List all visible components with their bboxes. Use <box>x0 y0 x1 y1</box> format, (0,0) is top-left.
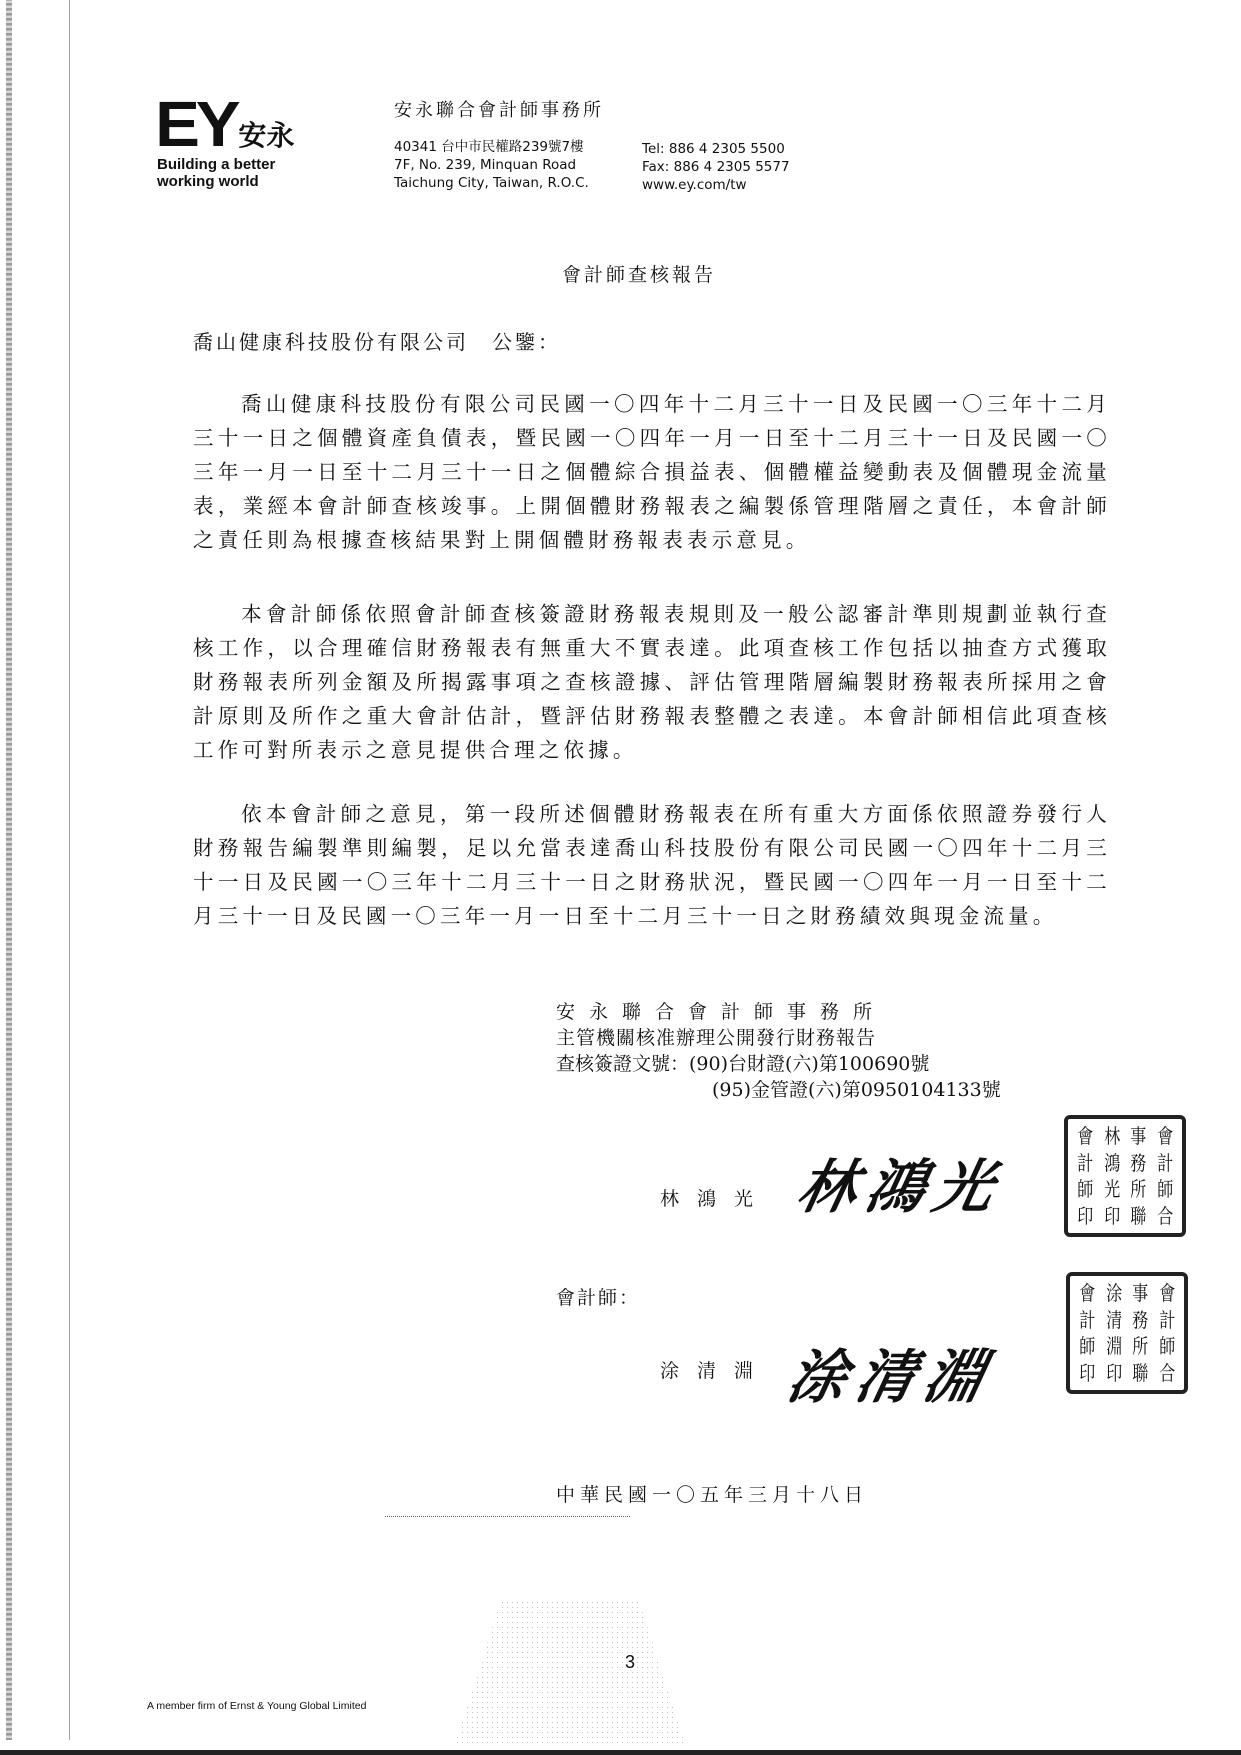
logo-tagline: Building a better working world <box>157 156 294 190</box>
address-line: 7F, No. 239, Minquan Road <box>394 156 589 174</box>
handwritten-signature-1: 林鴻光 <box>791 1140 1013 1224</box>
report-date: 中華民國一〇五年三月十八日 <box>556 1480 868 1507</box>
handwritten-signature-2: 涂清淵 <box>781 1330 1003 1414</box>
reference-number: (90)台財證(六)第100690號 <box>689 1051 929 1077</box>
phone-number: Tel: 886 4 2305 5500 <box>642 140 790 158</box>
reference-row: (95)金管證(六)第0950104133號 <box>556 1077 1001 1103</box>
website-link[interactable]: www.ey.com/tw <box>642 176 790 194</box>
signer-name-2: 涂清淵 <box>660 1356 771 1383</box>
addressee: 喬山健康科技股份有限公司 公鑒： <box>193 326 561 355</box>
signer-name-1: 林鴻光 <box>660 1184 771 1211</box>
letterhead-address: 40341 台中市民權路239號7樓 7F, No. 239, Minquan … <box>394 138 589 192</box>
seal-stamp-1: 會林事會 計鴻務計 師光所師 印印聯合 <box>1064 1115 1186 1237</box>
paragraph-text: 本會計師係依照會計師查核簽證財務報表規則及一般公認審計準則規劃並執行查核工作，以… <box>193 602 1111 762</box>
divider <box>385 1516 630 1517</box>
ey-logo-mark: EY <box>155 96 236 152</box>
letterhead-contact: Tel: 886 4 2305 5500 Fax: 886 4 2305 557… <box>642 140 790 194</box>
address-line: Taichung City, Taiwan, R.O.C. <box>394 174 589 192</box>
reference-number: (95)金管證(六)第0950104133號 <box>712 1079 1001 1101</box>
paragraph-basis: 本會計師係依照會計師查核簽證財務報表規則及一般公認審計準則規劃並執行查核工作，以… <box>193 597 1111 767</box>
address-line: 40341 台中市民權路239號7樓 <box>394 138 589 156</box>
paragraph-scope: 喬山健康科技股份有限公司民國一〇四年十二月三十一日及民國一〇三年十二月三十一日之… <box>193 387 1111 557</box>
report-title: 會計師查核報告 <box>562 260 716 287</box>
ey-logo-chinese: 安永 <box>238 120 294 152</box>
paragraph-text: 依本會計師之意見，第一段所述個體財務報表在所有重大方面係依照證券發行人財務報告編… <box>193 802 1111 928</box>
scan-edge-artifact <box>6 0 12 1740</box>
ey-logo: EY安永 Building a better working world <box>157 96 294 190</box>
seal-stamp-2: 會涂事會 計清務計 師淵所師 印印聯合 <box>1066 1272 1188 1394</box>
reference-row: 查核簽證文號： (90)台財證(六)第100690號 <box>556 1051 1001 1077</box>
scan-line-artifact <box>69 0 70 1740</box>
paragraph-opinion: 依本會計師之意見，第一段所述個體財務報表在所有重大方面係依照證券發行人財務報告編… <box>193 797 1111 933</box>
reference-label: 查核簽證文號： <box>556 1051 689 1077</box>
approval-statement: 主管機關核准辦理公開發行財務報告 <box>556 1025 1001 1051</box>
tagline-line-2: working world <box>157 173 294 190</box>
scan-bottom-edge <box>0 1747 1241 1755</box>
signature-firm-name: 安永聯合會計師事務所 <box>556 999 1001 1025</box>
page-number: 3 <box>625 1652 635 1673</box>
cpa-label: 會計師： <box>556 1283 640 1310</box>
letterhead-firm-name: 安永聯合會計師事務所 <box>394 96 604 122</box>
fax-number: Fax: 886 4 2305 5577 <box>642 158 790 176</box>
signature-block: 安永聯合會計師事務所 主管機關核准辦理公開發行財務報告 查核簽證文號： (90)… <box>556 999 1001 1103</box>
scan-speckle-artifact <box>455 1600 685 1745</box>
paragraph-text: 喬山健康科技股份有限公司民國一〇四年十二月三十一日及民國一〇三年十二月三十一日之… <box>193 392 1111 552</box>
footer-text: A member firm of Ernst & Young Global Li… <box>147 1700 366 1712</box>
